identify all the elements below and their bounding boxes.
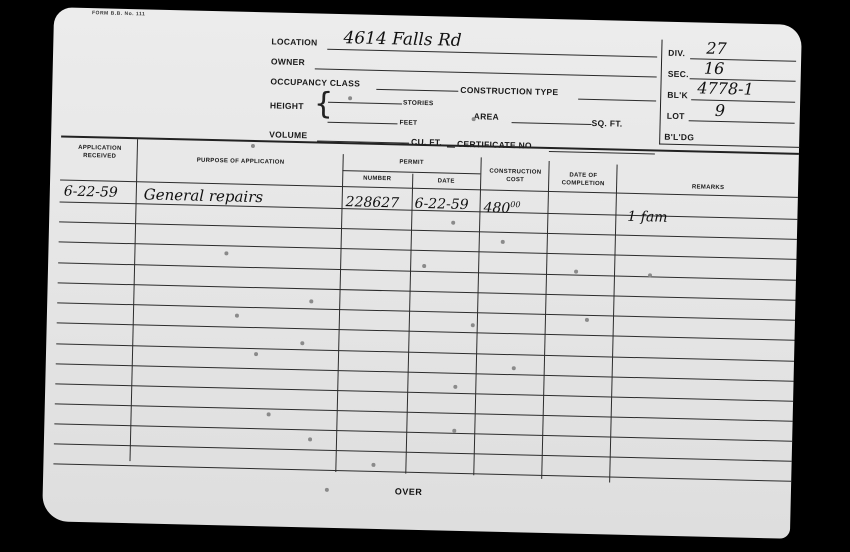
scan-spot — [472, 117, 476, 121]
feet-label: FEET — [399, 119, 417, 126]
header-construction-cost: CONSTRUCTION COST — [482, 167, 548, 185]
scan-spot — [451, 221, 455, 225]
col-divider-2 — [335, 154, 344, 472]
certificate-no-line — [549, 151, 655, 154]
header-date-of-completion: DATE OF COMPLETION — [550, 171, 616, 189]
lot-line — [689, 120, 795, 123]
scan-spot — [471, 323, 475, 327]
scan-spot — [501, 240, 505, 244]
cost-cents: 00 — [510, 200, 520, 209]
owner-line — [315, 68, 657, 77]
row-rule — [54, 443, 792, 462]
blk-line — [691, 99, 795, 102]
scan-spot — [422, 264, 426, 268]
scan-spot — [251, 144, 255, 148]
area-label: AREA — [474, 111, 500, 122]
height-label: HEIGHT — [270, 100, 304, 111]
row-rule — [58, 262, 796, 281]
cell-construction-cost: 48000 — [483, 199, 520, 217]
location-value: 4614 Falls Rd — [343, 28, 462, 51]
scan-spot — [648, 273, 652, 277]
row-rule — [53, 463, 791, 482]
row-rule — [55, 383, 793, 402]
lot-label: LOT — [667, 111, 685, 121]
over-label: OVER — [395, 486, 423, 497]
blk-label: BL'K — [667, 90, 688, 100]
scan-spot — [574, 270, 578, 274]
col-divider-4 — [473, 157, 482, 475]
construction-type-label: CONSTRUCTION TYPE — [460, 85, 558, 97]
stories-label: STORIES — [403, 100, 434, 108]
occupancy-class-line — [376, 89, 458, 92]
sec-label: SEC. — [668, 69, 689, 79]
row-rule — [58, 282, 796, 301]
permit-index-card: FORM B.B. No. 111 LOCATION 4614 Falls Rd… — [42, 7, 802, 538]
header-permit-number: NUMBER — [342, 174, 412, 184]
form-number: FORM B.B. No. 111 — [92, 10, 145, 17]
bldg-label: B'L'DG — [664, 132, 694, 143]
cost-dollars: 480 — [483, 200, 510, 217]
stories-line — [328, 102, 402, 105]
scan-spot — [452, 429, 456, 433]
header-remarks: REMARKS — [618, 182, 798, 194]
header-application-received: APPLICATION RECEIVED — [65, 144, 135, 162]
scan-spot — [308, 437, 312, 441]
scan-spot — [453, 385, 457, 389]
blk-value: 4778-1 — [697, 78, 754, 98]
row-rule — [54, 423, 792, 442]
construction-type-line — [578, 99, 656, 102]
volume-label: VOLUME — [269, 129, 307, 140]
header-permit: PERMIT — [343, 157, 481, 168]
location-line — [327, 49, 657, 58]
cell-remarks: 1 fam — [627, 209, 668, 226]
scan-spot — [348, 96, 352, 100]
area-line — [512, 122, 592, 125]
cell-application-received: 6-22-59 — [64, 184, 118, 201]
scan-spot — [371, 463, 375, 467]
height-brace: { — [314, 89, 334, 119]
scan-spot — [585, 318, 589, 322]
row-rule — [55, 403, 793, 422]
row-rule — [56, 343, 794, 362]
cell-permit-date: 6-22-59 — [414, 196, 468, 213]
col-divider-5 — [541, 161, 550, 479]
row-rule — [59, 221, 797, 240]
feet-line — [328, 122, 398, 125]
scan-spot — [235, 314, 239, 318]
location-index-box: DIV. 27 SEC. 16 BL'K 4778-1 LOT 9 B'L'DG — [659, 40, 802, 148]
scan-spot — [300, 341, 304, 345]
scan-spot — [512, 366, 516, 370]
scan-spot — [254, 352, 258, 356]
div-label: DIV. — [668, 48, 685, 58]
scan-spot — [325, 488, 329, 492]
lot-value: 9 — [715, 101, 726, 120]
col-divider-6 — [609, 165, 618, 483]
scan-spot — [309, 299, 313, 303]
owner-label: OWNER — [271, 56, 305, 67]
col-divider-1 — [129, 139, 138, 461]
scan-spot — [267, 412, 271, 416]
row-rule — [59, 241, 797, 260]
row-rule — [56, 363, 794, 382]
table-row: 6-22-59 General repairs 228627 6-22-59 4… — [54, 7, 802, 25]
row-rule — [57, 302, 795, 321]
scan-spot — [224, 251, 228, 255]
row-rule — [57, 322, 795, 341]
sec-value: 16 — [704, 59, 725, 78]
header-permit-date: DATE — [412, 177, 480, 187]
div-value: 27 — [706, 39, 727, 58]
cell-purpose: General repairs — [144, 185, 264, 206]
location-label: LOCATION — [271, 36, 317, 47]
cell-permit-number: 228627 — [345, 194, 399, 211]
area-unit-label: SQ. FT. — [591, 118, 622, 129]
header-purpose: PURPOSE OF APPLICATION — [139, 155, 343, 168]
col-divider-3 — [405, 174, 413, 474]
